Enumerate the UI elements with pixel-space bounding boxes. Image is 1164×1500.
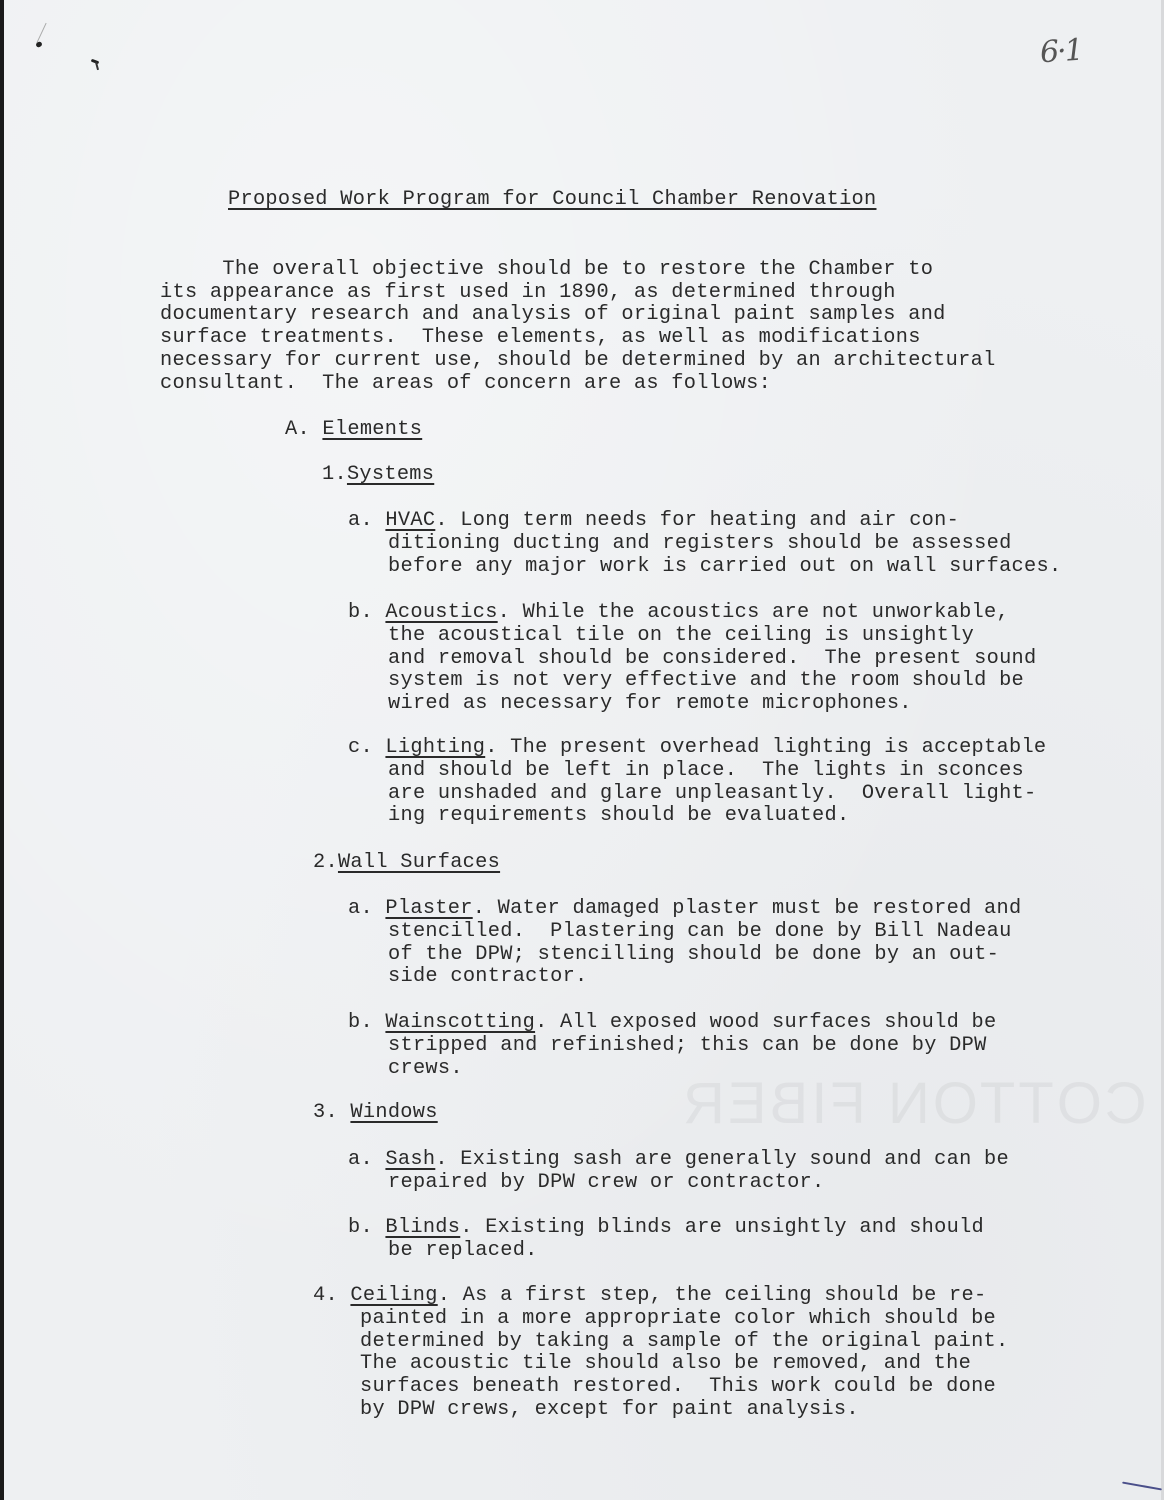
item-heading: Blinds [385, 1216, 460, 1239]
item-line: side contractor. [388, 965, 588, 988]
subsection-systems-heading: 1.Systems [322, 464, 434, 487]
item-line: wired as necessary for remote microphone… [388, 692, 912, 715]
item-marker: a. [348, 1148, 385, 1171]
subsection-marker: 3. [313, 1101, 350, 1124]
item-lighting-body: and should be left in place. The lights … [388, 760, 1036, 828]
item-wainscotting-body: stripped and refinished; this can be don… [388, 1035, 987, 1080]
subsection-marker: 4. [313, 1284, 350, 1307]
item-heading: Lighting [385, 736, 485, 759]
item-ceiling-body: painted in a more appropriate color whic… [360, 1308, 1008, 1422]
subsection-marker: 2. [313, 851, 338, 874]
document-page: 6·1 25% COTTON FIBER Proposed Work Progr… [0, 0, 1164, 1500]
item-line: are unshaded and glare unpleasantly. Ove… [388, 782, 1036, 805]
item-plaster: a. Plaster. Water damaged plaster must b… [348, 898, 1021, 921]
item-marker: c. [348, 736, 385, 759]
item-text: . Long term needs for heating and air co… [435, 509, 959, 532]
document-title: Proposed Work Program for Council Chambe… [228, 189, 876, 212]
subsection-windows-heading: 3. Windows [313, 1102, 438, 1125]
item-line: crews. [388, 1057, 463, 1080]
item-heading: Plaster [385, 897, 472, 920]
item-blinds-body: be replaced. [388, 1240, 538, 1263]
item-marker: a. [348, 897, 385, 920]
item-line: ditioning ducting and registers should b… [388, 532, 1012, 555]
item-hvac-body: ditioning ducting and registers should b… [388, 533, 1061, 578]
item-heading: Acoustics [385, 601, 497, 624]
item-text: . Existing blinds are unsightly and shou… [460, 1216, 984, 1239]
ink-speck [35, 41, 43, 48]
pen-stroke-mark [1122, 1482, 1162, 1491]
intro-line: surface treatments. These elements, as w… [160, 326, 921, 349]
handwritten-page-number: 6·1 [1039, 33, 1083, 71]
intro-line: The overall objective should be to resto… [160, 258, 933, 281]
item-text: . The present overhead lighting is accep… [485, 736, 1046, 759]
item-heading: HVAC [385, 509, 435, 532]
item-marker: b. [348, 1216, 385, 1239]
item-line: of the DPW; stencilling should be done b… [388, 943, 999, 966]
item-text: . As a first step, the ceiling should be… [438, 1284, 987, 1307]
item-line: determined by taking a sample of the ori… [360, 1330, 1008, 1353]
item-hvac: a. HVAC. Long term needs for heating and… [348, 510, 959, 533]
subsection-heading: Ceiling [350, 1284, 437, 1307]
item-line: before any major work is carried out on … [388, 555, 1061, 578]
intro-line: documentary research and analysis of ori… [160, 303, 946, 326]
item-text: . While the acoustics are not unworkable… [498, 601, 1009, 624]
item-line: and should be left in place. The lights … [388, 759, 1024, 782]
item-plaster-body: stencilled. Plastering can be done by Bi… [388, 921, 1012, 989]
item-line: stencilled. Plastering can be done by Bi… [388, 920, 1012, 943]
item-marker: b. [348, 601, 385, 624]
subsection-heading: Wall Surfaces [338, 851, 500, 874]
item-heading: Wainscotting [385, 1011, 535, 1034]
subsection-marker: 1. [322, 463, 347, 486]
item-marker: a. [348, 509, 385, 532]
intro-line: its appearance as first used in 1890, as… [160, 281, 896, 304]
item-line: be replaced. [388, 1239, 538, 1262]
item-lighting: c. Lighting. The present overhead lighti… [348, 737, 1046, 760]
subsection-wall-surfaces-heading: 2.Wall Surfaces [313, 852, 500, 875]
section-a-heading: A. Elements [285, 419, 422, 442]
subsection-heading: Windows [350, 1101, 437, 1124]
scan-edge-left [0, 0, 4, 1500]
subsection-heading: Systems [347, 463, 434, 486]
intro-line: necessary for current use, should be det… [160, 349, 996, 372]
item-blinds: b. Blinds. Existing blinds are unsightly… [348, 1217, 984, 1240]
item-heading: Sash [385, 1148, 435, 1171]
item-ceiling: 4. Ceiling. As a first step, the ceiling… [313, 1285, 986, 1308]
intro-line: consultant. The areas of concern are as … [160, 372, 771, 395]
item-marker: b. [348, 1011, 385, 1034]
item-sash-body: repaired by DPW crew or contractor. [388, 1172, 824, 1195]
item-line: and removal should be considered. The pr… [388, 647, 1036, 670]
section-marker: A. [285, 418, 322, 441]
item-text: . All exposed wood surfaces should be [535, 1011, 996, 1034]
item-line: The acoustic tile should also be removed… [360, 1352, 971, 1375]
item-line: painted in a more appropriate color whic… [360, 1307, 996, 1330]
item-line: the acoustical tile on the ceiling is un… [388, 624, 974, 647]
intro-paragraph: The overall objective should be to resto… [160, 259, 996, 395]
item-line: repaired by DPW crew or contractor. [388, 1171, 824, 1194]
item-acoustics: b. Acoustics. While the acoustics are no… [348, 602, 1009, 625]
item-text: . Water damaged plaster must be restored… [473, 897, 1022, 920]
item-sash: a. Sash. Existing sash are generally sou… [348, 1149, 1009, 1172]
item-line: stripped and refinished; this can be don… [388, 1034, 987, 1057]
ink-speck [36, 23, 46, 43]
item-wainscotting: b. Wainscotting. All exposed wood surfac… [348, 1012, 997, 1035]
item-text: . Existing sash are generally sound and … [435, 1148, 1009, 1171]
item-line: system is not very effective and the roo… [388, 669, 1024, 692]
item-acoustics-body: the acoustical tile on the ceiling is un… [388, 625, 1036, 716]
item-line: by DPW crews, except for paint analysis. [360, 1398, 859, 1421]
item-line: surfaces beneath restored. This work cou… [360, 1375, 996, 1398]
section-heading: Elements [322, 418, 422, 441]
item-line: ing requirements should be evaluated. [388, 804, 849, 827]
